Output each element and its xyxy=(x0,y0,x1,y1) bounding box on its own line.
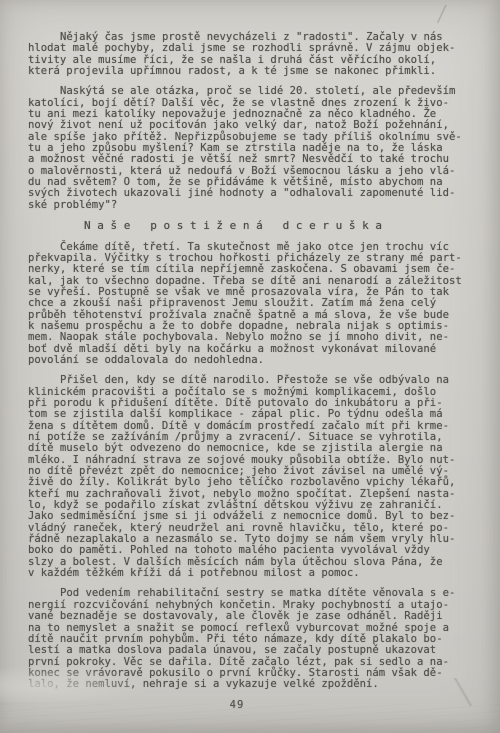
paragraph: Přišel den, kdy se dítě narodilo. Přesto… xyxy=(28,375,474,579)
paragraph: Čekáme dítě, třetí. Ta skutečnost mě jak… xyxy=(28,242,474,367)
paragraph: Pod vedením rehabilitační sestry se matk… xyxy=(28,588,474,690)
scan-artifact xyxy=(428,5,456,23)
page-body: Nějaký čas jsme prostě nevycházeli z "ra… xyxy=(28,32,474,711)
scan-artifact xyxy=(452,678,474,706)
paragraph: Naskýtá se ale otázka, proč se lidé 20. … xyxy=(28,86,474,211)
section-heading: N a š e p o s t i ž e n á d c e r u š k … xyxy=(28,220,438,231)
paragraph: Nějaký čas jsme prostě nevycházeli z "ra… xyxy=(28,32,474,77)
page-number: 49 xyxy=(28,700,474,711)
scanned-page: Nějaký čas jsme prostě nevycházeli z "ra… xyxy=(0,0,500,733)
